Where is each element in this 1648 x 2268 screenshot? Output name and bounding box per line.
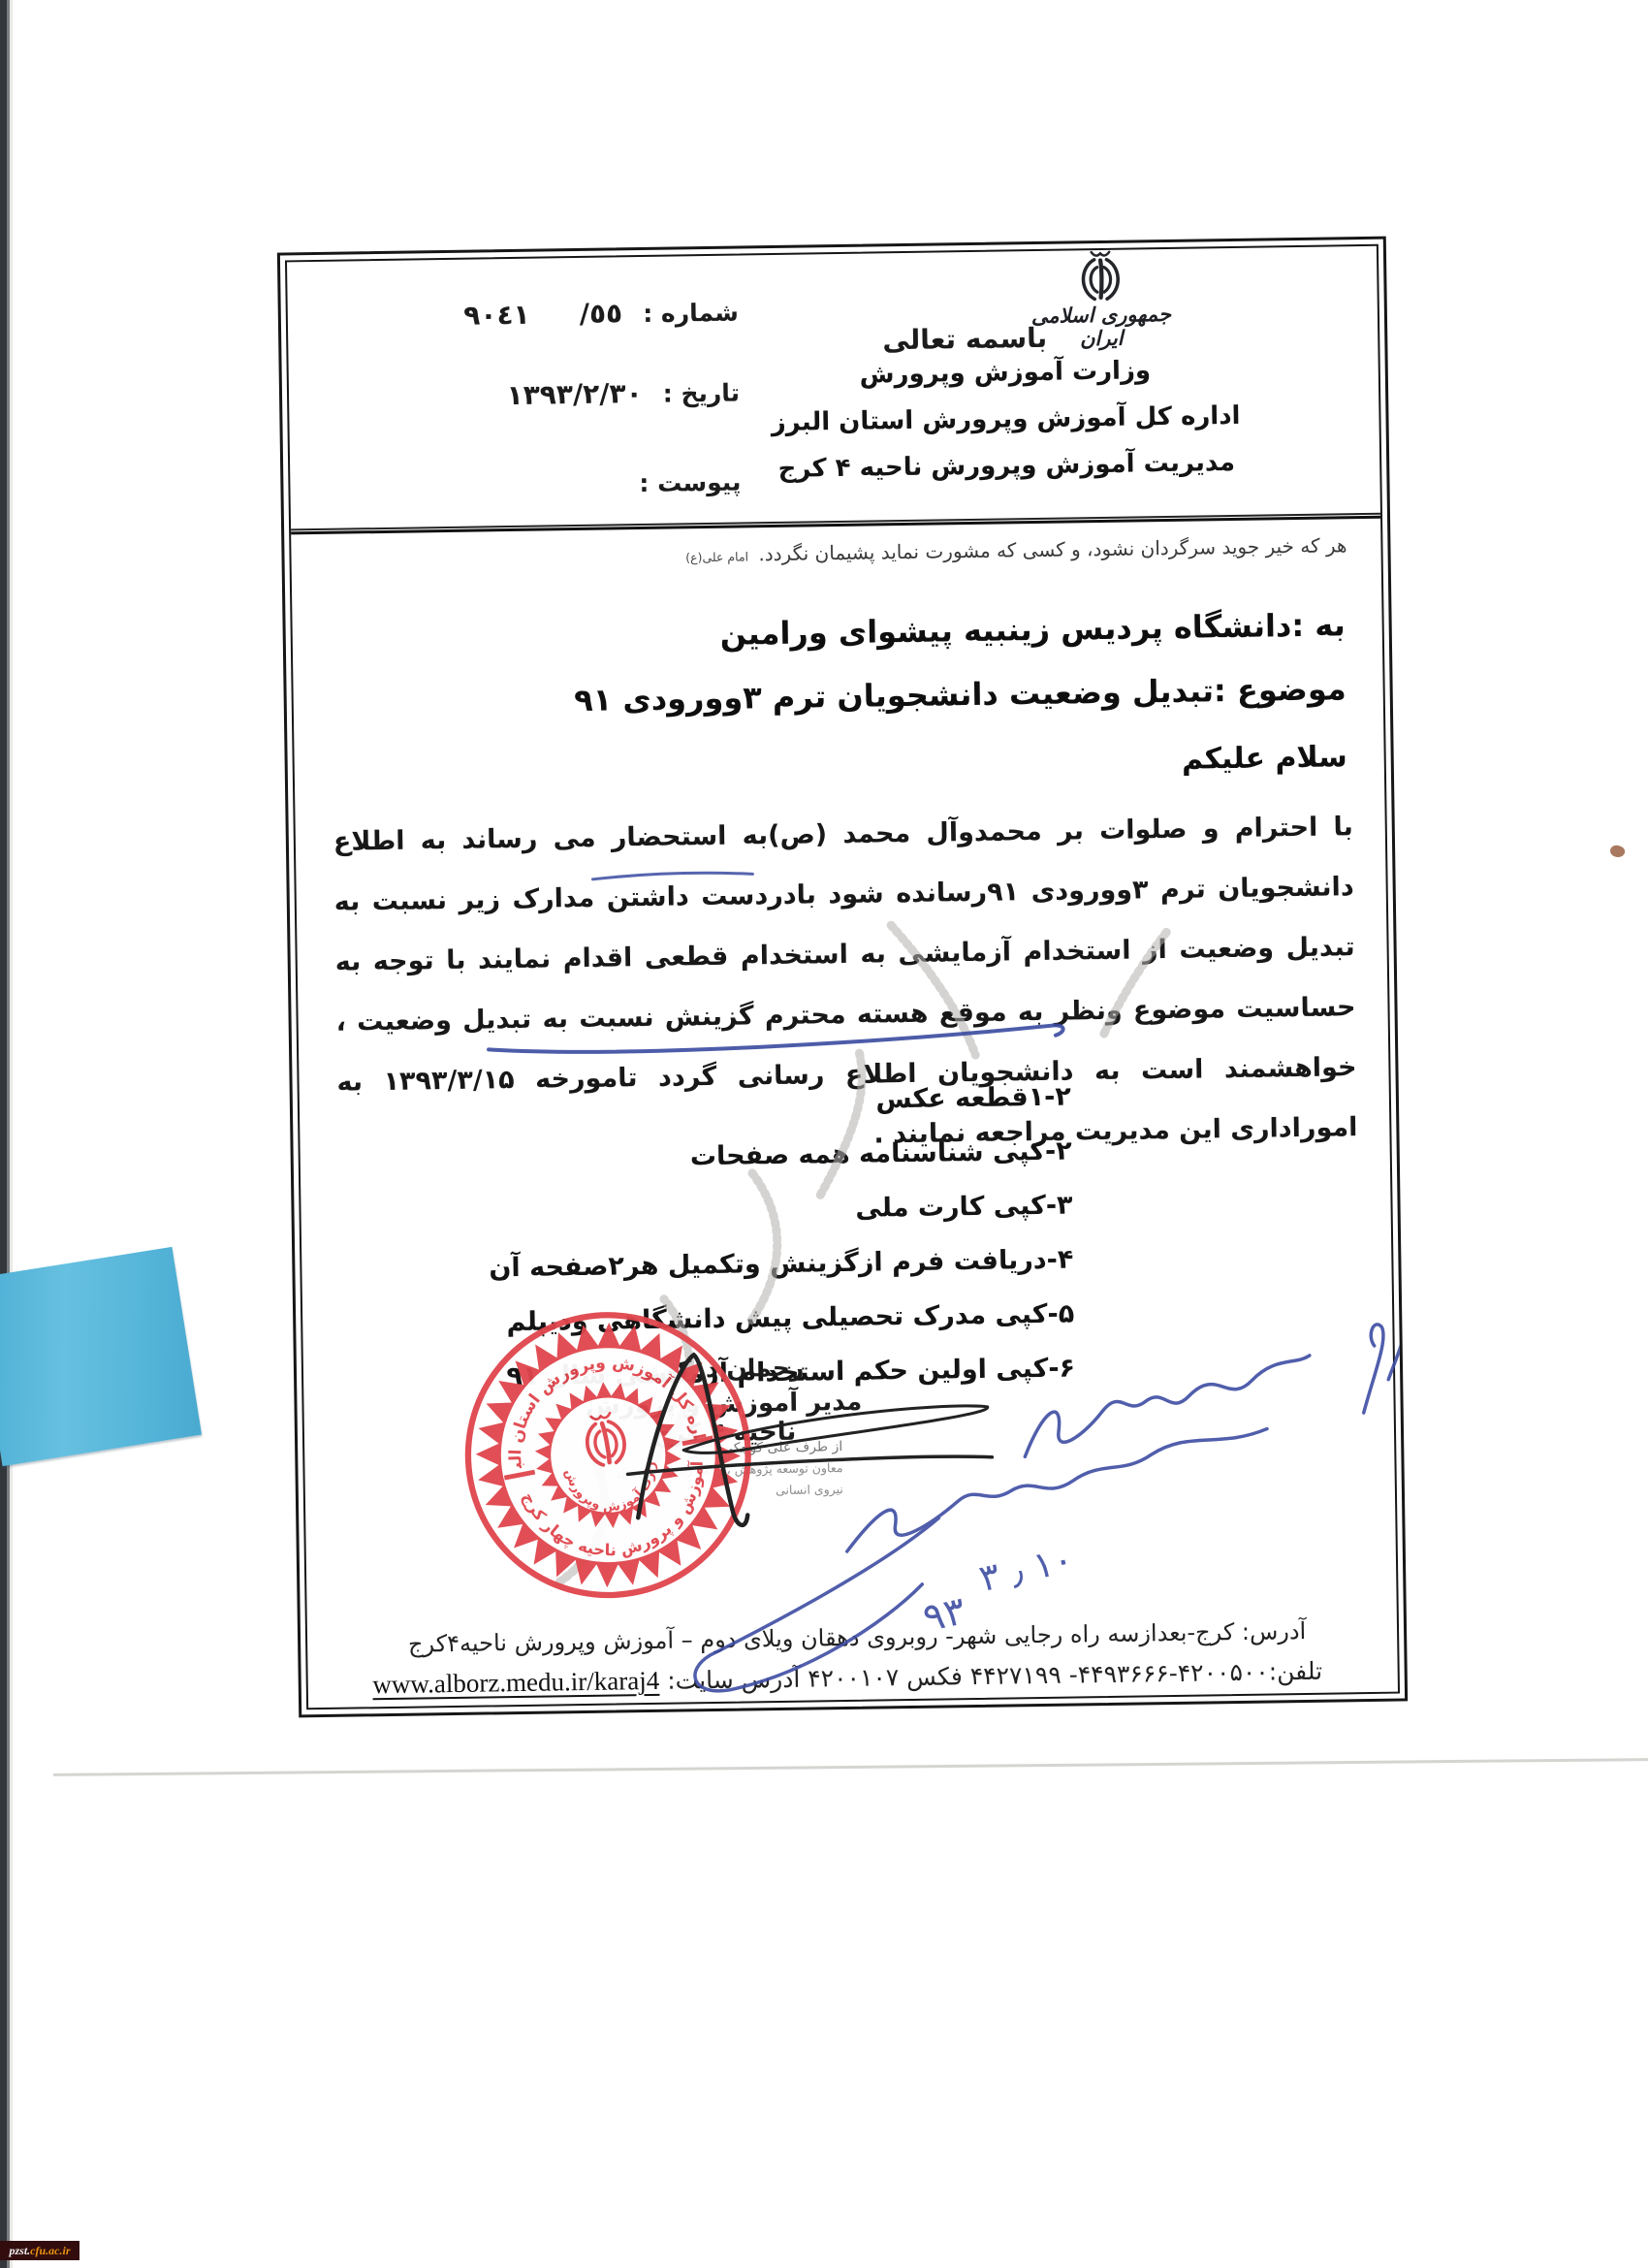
footer-phone: تلفن:۴۲۰۰۵۰۰-۴۴۹۳۶۶۶- ۴۴۲۷۱۹۹ فکس ۴۲۰۰۱۰… bbox=[808, 1657, 1322, 1693]
quote-text: هر که خیر جوید سرگردان نشود، و کسی که مش… bbox=[758, 533, 1347, 565]
attachment-row: پیوست : bbox=[428, 464, 741, 501]
list-item: ۱-۲قطعه عکس bbox=[486, 1070, 1071, 1134]
letter-body-frame: باسمه تعالی جمهوری اسلامی ایران وزارت آم… bbox=[277, 237, 1408, 1718]
date-value: ١٣٩٣/٢/٣٠ bbox=[506, 377, 643, 411]
organization-lines: وزارت آموزش وپرورش اداره کل آموزش وپرورش… bbox=[771, 346, 1242, 493]
quote-attribution: امام علی(ع) bbox=[685, 549, 748, 564]
republic-title: جمهوری اسلامی ایران bbox=[1020, 303, 1184, 351]
watermark-banner: pzst.cfu.ac.ir bbox=[0, 2241, 79, 2260]
recipient-line: به :دانشگاه پردیس زینبیه پیشوای ورامین bbox=[719, 606, 1345, 653]
date-label: تاریخ : bbox=[663, 379, 741, 408]
org-line-district: مدیریت آموزش وپرورش ناحیه ۴ کرج bbox=[772, 439, 1241, 493]
header-divider bbox=[291, 513, 1380, 535]
watermark-text-orange: cfu.ac.ir bbox=[30, 2244, 70, 2257]
footer-contact-line: تلفن:۴۲۰۰۵۰۰-۴۴۹۳۶۶۶- ۴۴۲۷۱۹۹ فکس ۴۲۰۰۱۰… bbox=[331, 1655, 1351, 1701]
footer-website: www.alborz.medu.ir/karaj4 bbox=[372, 1666, 659, 1700]
watermark-text-white: pzst. bbox=[9, 2244, 30, 2257]
blue-tape bbox=[0, 1247, 202, 1466]
iran-emblem-icon bbox=[1070, 247, 1131, 310]
list-item: ۴-دریافت فرم ازگزینش وتکمیل هر۲صفحه آن bbox=[489, 1232, 1074, 1295]
motto-quote: هر که خیر جوید سرگردان نشود، و کسی که مش… bbox=[685, 533, 1347, 566]
footer-site-label: آدرس سایت: bbox=[667, 1665, 801, 1695]
paper-edge-shadow bbox=[53, 1758, 1648, 1776]
list-item: ۳-کپی کارت ملی bbox=[488, 1179, 1073, 1242]
scanner-edge-strip bbox=[0, 0, 14, 2268]
org-line-province: اداره کل آموزش وپرورش استان البرز bbox=[771, 393, 1240, 446]
salutation-line: سلام علیکم bbox=[1182, 740, 1347, 777]
handwritten-date-part1: ۱۰ ٫ ۳ bbox=[975, 1537, 1077, 1600]
subject-line: موضوع :تبدیل وضعیت دانشجویان ترم ۳وورودی… bbox=[574, 670, 1347, 719]
ink-speck bbox=[1608, 844, 1626, 859]
number-value-2: ٩٠٤١ bbox=[463, 299, 530, 332]
scanned-letter-page: باسمه تعالی جمهوری اسلامی ایران وزارت آم… bbox=[0, 0, 1648, 2268]
org-line-ministry: وزارت آموزش وپرورش bbox=[771, 346, 1240, 399]
number-label: شماره : bbox=[643, 299, 739, 328]
letter-number-row: شماره : ٥٥/ ٩٠٤١ bbox=[427, 296, 739, 333]
attachment-label: پیوست : bbox=[639, 467, 741, 497]
official-stamp: اداره کل آموزش وپرورش استان البرز آموزش … bbox=[432, 1279, 784, 1631]
letter-date-row: تاریخ : ١٣٩٣/٢/٣٠ bbox=[428, 376, 740, 413]
number-value: ٥٥/ bbox=[579, 297, 622, 330]
list-item: ۲-کپی شناسنامه همه صفحات bbox=[487, 1125, 1072, 1188]
